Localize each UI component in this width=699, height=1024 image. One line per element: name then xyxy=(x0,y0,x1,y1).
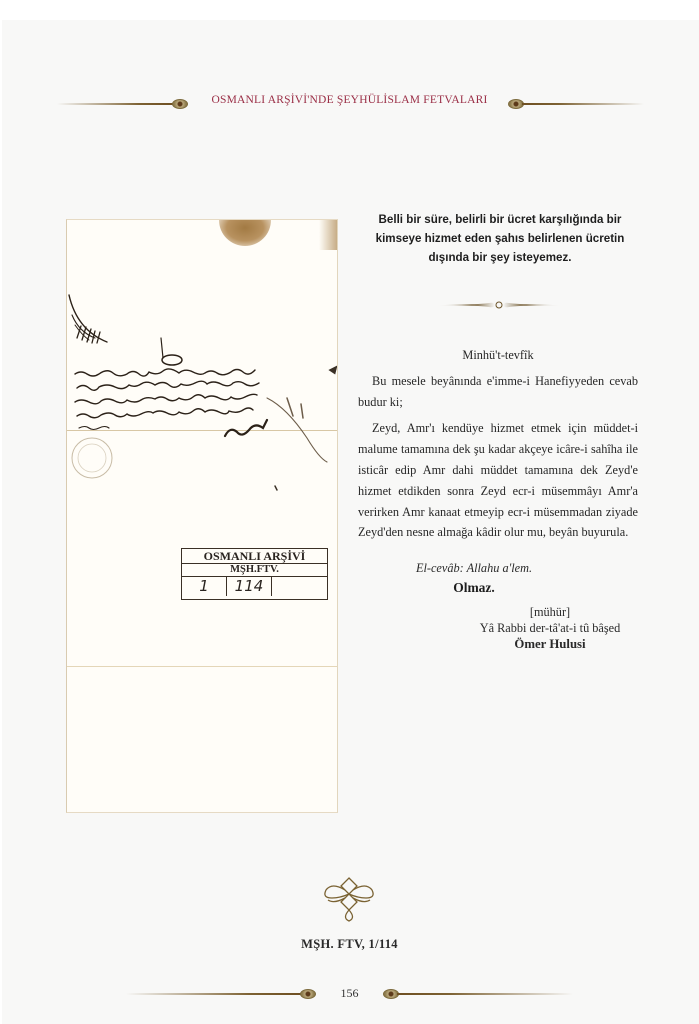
fatwa-summary: Belli bir süre, belirli bir ücret karşıl… xyxy=(360,210,640,267)
stamp-folder-number: 1 xyxy=(182,577,226,596)
page-number: 156 xyxy=(0,986,699,1001)
fatwa-paragraph: Bu mesele beyânında e'imme-i Hanefiyyede… xyxy=(358,371,638,413)
fatwa-answer: Olmaz. xyxy=(358,580,590,596)
running-header: OSMANLI ARŞİVİ'NDE ŞEYHÜLİSLAM FETVALARI xyxy=(0,94,699,114)
summary-line: dışında bir şey isteyemez. xyxy=(360,248,640,267)
manuscript-image: OSMANLI ARŞİVİ MŞH.FTV. 1 114 xyxy=(66,219,338,813)
answer-label: El-cevâb: Allahu a'lem. xyxy=(358,561,590,576)
signatory-name: Ömer Hulusi xyxy=(460,636,640,652)
fatwa-question: Zeyd, Amr'ı kendüye hizmet etmek için mü… xyxy=(358,418,638,543)
flourish-divider-icon xyxy=(434,299,564,311)
archive-stamp: OSMANLI ARŞİVİ MŞH.FTV. 1 114 xyxy=(181,548,328,600)
stamp-collection-code: MŞH.FTV. xyxy=(182,564,327,577)
fatwa-opening: Minhü't-tevfîk xyxy=(358,345,638,366)
page-footer: 156 xyxy=(0,986,699,1002)
stamp-number-row: 1 114 xyxy=(182,577,327,596)
summary-line: kimseye hizmet eden şahıs belirlenen ücr… xyxy=(360,229,640,248)
footer-rule-right xyxy=(397,993,573,995)
knot-ornament-icon xyxy=(320,874,378,924)
fatwa-body: Minhü't-tevfîk Bu mesele beyânında e'imm… xyxy=(358,345,638,549)
stamp-item-number: 114 xyxy=(226,577,272,596)
arabic-script-handwriting xyxy=(67,220,337,812)
summary-line: Belli bir süre, belirli bir ücret karşıl… xyxy=(360,210,640,229)
stamp-archive-name: OSMANLI ARŞİVİ xyxy=(182,549,327,564)
seal-inscription: Yâ Rabbi der-tâ'at-i tû bâşed xyxy=(460,620,640,636)
stamp-empty-cell xyxy=(272,577,327,596)
archive-reference-caption: MŞH. FTV, 1/114 xyxy=(0,937,699,952)
seal-block: [mühür] Yâ Rabbi der-tâ'at-i tû bâşed Öm… xyxy=(460,604,640,652)
header-rule-right xyxy=(522,103,644,105)
seal-marker: [mühür] xyxy=(460,604,640,620)
